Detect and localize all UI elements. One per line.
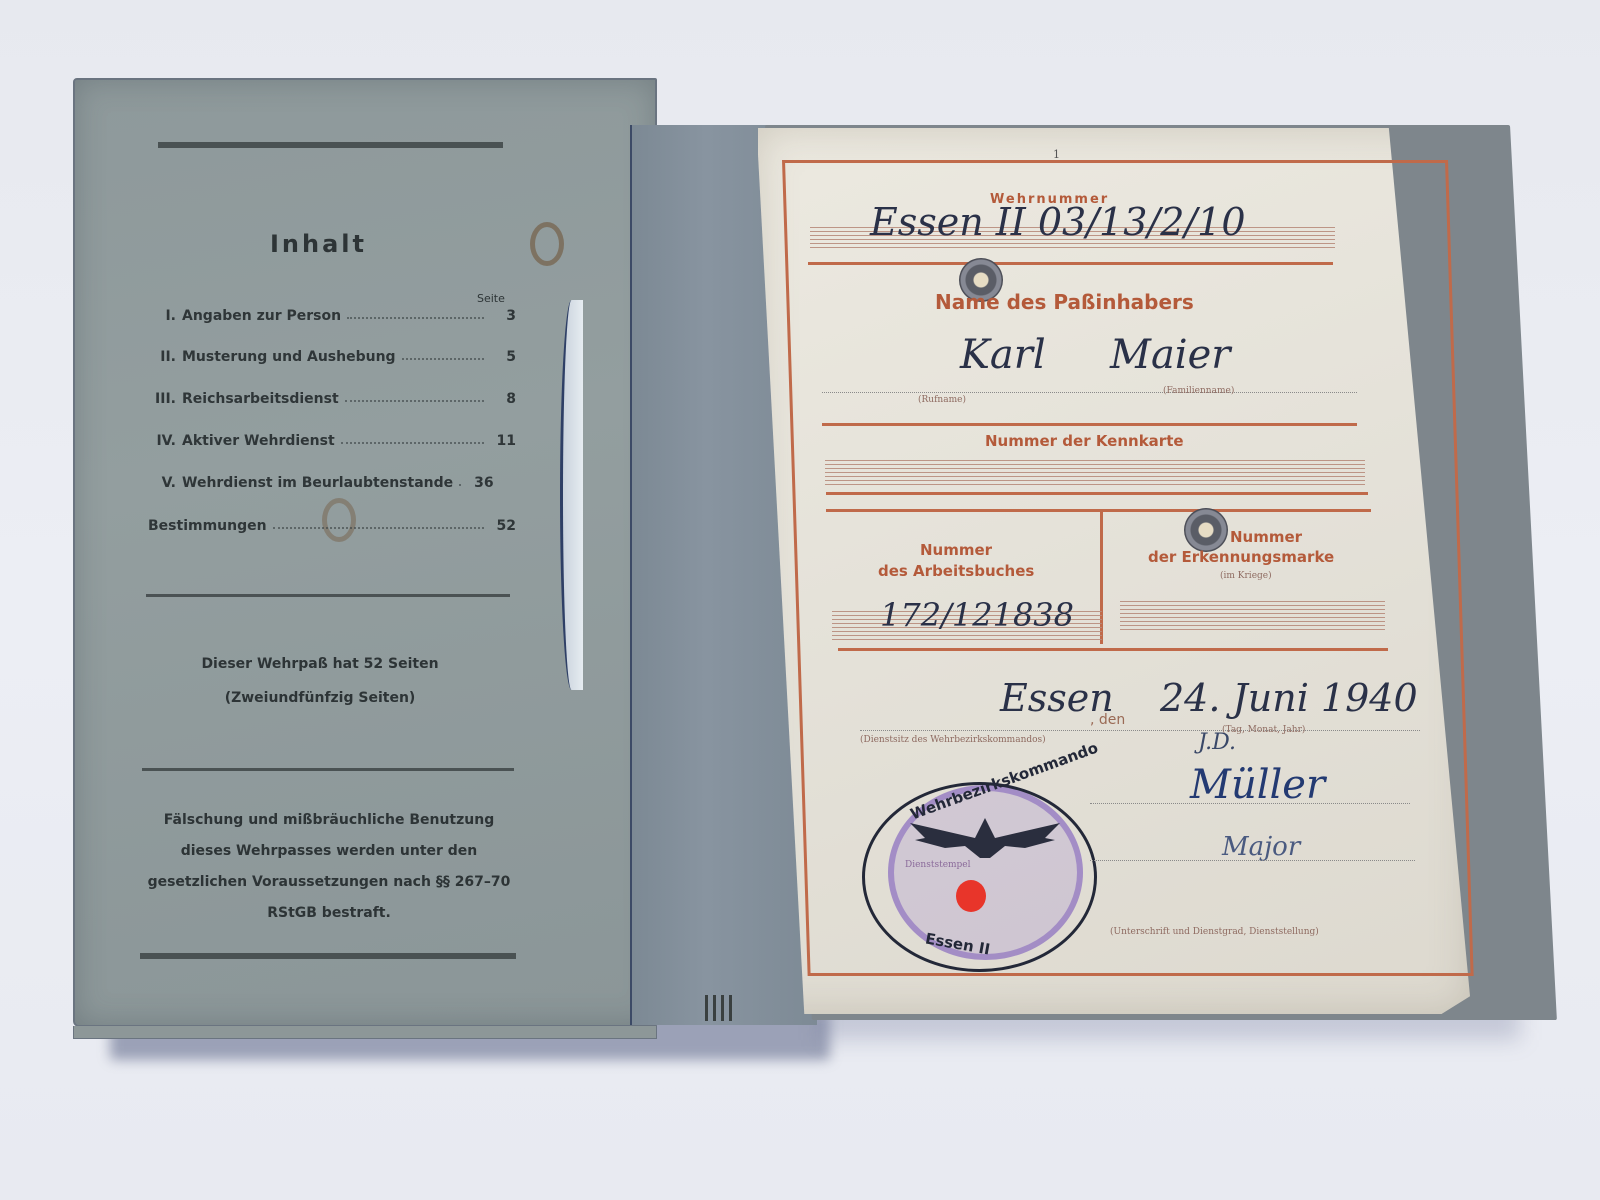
initials: J.D. [1198,730,1236,755]
red-seal-mark [956,880,986,912]
erkennungsmarke-lines [1120,598,1385,630]
rank-line [1090,860,1415,861]
divider-rule [142,768,514,771]
rule-red [826,509,1371,512]
toc-item: III. Reichsarbeitsdienst 8 [148,391,516,407]
toc-page: 11 [490,433,516,449]
pages-note: Dieser Wehrpaß hat 52 Seiten [150,656,490,672]
kennkarte-label: Nummer der Kennkarte [985,432,1184,450]
signature-line [1090,803,1410,804]
pages-note-words: (Zweiundfünfzig Seiten) [150,690,490,706]
toc-num: III. [148,391,176,407]
eagle-emblem-icon [905,808,1065,868]
toc-label: Reichsarbeitsdienst [182,391,339,407]
toc-page: 8 [490,391,516,407]
toc-label: Musterung und Aushebung [182,349,396,365]
top-rule [158,142,503,148]
rule-red [808,262,1333,265]
wehrnummer-value: Essen II 03/13/2/10 [870,200,1246,244]
forgery-warning: Fälschung und mißbräuchliche Benutzung d… [140,805,518,929]
arbeitsbuch-value: 172/121838 [880,596,1074,634]
date-value: 24. Juni 1940 [1160,676,1418,720]
toc-num: V. [148,475,176,491]
toc-item: II. Musterung und Aushebung 5 [148,349,516,365]
toc-label: Bestimmungen [148,518,267,534]
toc-page: 3 [490,308,516,324]
date-line [860,730,1420,731]
toc-item: I. Angaben zur Person 3 [148,308,516,324]
last-name: Maier [1110,332,1230,378]
name-heading: Name des Paßinhabers [935,290,1194,314]
page-number: 1 [1053,148,1060,161]
rule-red [838,648,1388,651]
toc-num: II. [148,349,176,365]
signature-caption: (Unterschrift und Dienstgrad, Dienststel… [1110,927,1319,937]
spine-marks [705,995,732,1021]
erkennungsmarke-label-2: der Erkennungsmarke [1148,548,1334,566]
rule-red [826,492,1368,495]
kennkarte-lines [825,457,1365,487]
place-caption: (Dienstsitz des Wehrbezirkskommandos) [860,735,1046,745]
toc-seite-label: Seite [477,292,505,305]
signature: Müller [1190,762,1325,808]
name-line [822,392,1357,393]
pocket-fold [560,300,583,690]
first-name-caption: (Rufname) [918,395,966,405]
divider-rule [146,594,510,597]
toc-label: Angaben zur Person [182,308,341,324]
toc-page: 36 [468,475,494,491]
bottom-rule [140,953,516,959]
toc-num: I. [148,308,176,324]
toc-item: IV. Aktiver Wehrdienst 11 [148,433,516,449]
toc-item: Bestimmungen 52 [148,518,516,534]
toc-title: Inhalt [270,230,367,258]
erkennungsmarke-caption: (im Kriege) [1220,571,1272,581]
rank: Major [1222,832,1300,862]
arbeitsbuch-label-1: Nummer [920,541,992,559]
rule-red [822,423,1357,426]
den-label: , den [1090,712,1125,728]
grommet [1184,508,1228,552]
arbeitsbuch-label-2: des Arbeitsbuches [878,562,1034,580]
toc-page: 52 [490,518,516,534]
toc-label: Wehrdienst im Beurlaubtenstande [182,475,453,491]
erkennungsmarke-label-1: Nummer [1230,528,1302,546]
toc-label: Aktiver Wehrdienst [182,433,335,449]
first-name: Karl [960,332,1046,378]
toc-num: IV. [148,433,176,449]
last-name-caption: (Familienname) [1163,386,1234,396]
toc-page: 5 [490,349,516,365]
rust-stain [530,222,564,266]
toc-item: V. Wehrdienst im Beurlaubtenstande 36 [148,475,516,491]
